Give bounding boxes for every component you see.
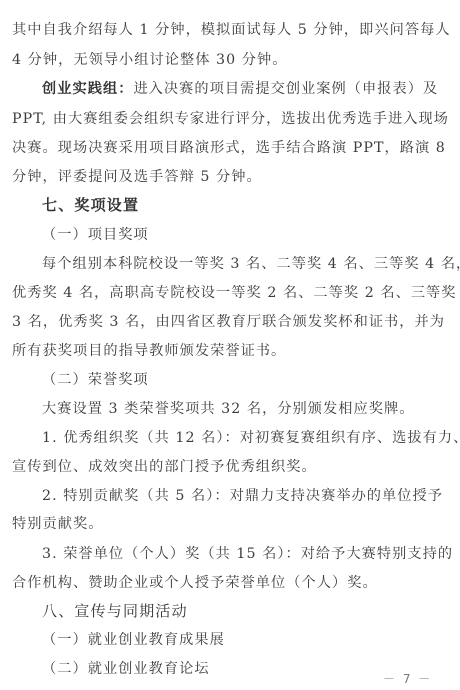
section-heading-7: 七、奖项设置 <box>42 195 460 215</box>
paragraph-line: 每个组别本科院校设一等奖 3 名、二等奖 4 名、三等奖 4 名， <box>42 254 460 274</box>
subsection-heading-honor-awards: （二）荣誉奖项 <box>42 370 460 390</box>
section-heading-8: 八、宣传与同期活动 <box>42 601 460 621</box>
paragraph-line: 宣传到位、成效突出的部门授予优秀组织奖。 <box>12 457 432 477</box>
paragraph-line: 分钟，评委提问及选手答辩 5 分钟。 <box>12 167 432 187</box>
subsection-heading-project-awards: （一）项目奖项 <box>42 225 460 245</box>
page-number: － 7 － <box>383 670 432 687</box>
list-item-excellent-organization: 1. 优秀组织奖（共 12 名）：对初赛复赛组织有序、选拔有力、 <box>42 428 460 448</box>
subsection-heading-exhibition: （一）就业创业教育成果展 <box>42 630 460 650</box>
paragraph-line: 3 名，优秀奖 3 名，由四省区教育厅联合颁发奖杯和证书，并为 <box>12 312 432 332</box>
list-item-special-contribution: 2. 特别贡献奖（共 5 名）：对鼎力支持决赛举办的单位授予 <box>42 486 460 506</box>
paragraph-line: 4 分钟，无领导小组讨论整体 30 分钟。 <box>12 50 432 70</box>
paragraph-line: 创业实践组：进入决赛的项目需提交创业案例（申报表）及 <box>42 79 460 99</box>
paragraph-line: 所有获奖项目的指导教师颁发荣誉证书。 <box>12 341 432 361</box>
paragraph-line: PPT, 由大赛组委会组织专家进行评分，选拔出优秀选手进入现场 <box>12 109 432 129</box>
paragraph-text: 进入决赛的项目需提交创业案例（申报表）及 <box>133 81 438 97</box>
paragraph-line: 特别贡献奖。 <box>12 514 432 534</box>
paragraph-line: 大赛设置 3 类荣誉奖项共 32 名，分别颁发相应奖牌。 <box>42 399 460 419</box>
document-page: 其中自我介绍每人 1 分钟，模拟面试每人 5 分钟，即兴问答每人 4 分钟，无领… <box>0 0 460 690</box>
paragraph-line: 优秀奖 4 名，高职高专院校设一等奖 2 名、二等奖 2 名、三等奖 <box>12 283 432 303</box>
list-item-honorary-unit: 3. 荣誉单位（个人）奖（共 15 名）：对给予大赛特别支持的 <box>42 544 460 564</box>
paragraph-line: 合作机构、赞助企业或个人授予荣誉单位（个人）奖。 <box>12 573 432 593</box>
entrepreneurship-group-label: 创业实践组： <box>42 81 133 97</box>
paragraph-line: 决赛。现场决赛采用项目路演形式，选手结合路演 PPT，路演 8 <box>12 138 432 158</box>
paragraph-line: 其中自我介绍每人 1 分钟，模拟面试每人 5 分钟，即兴问答每人 <box>12 20 432 40</box>
